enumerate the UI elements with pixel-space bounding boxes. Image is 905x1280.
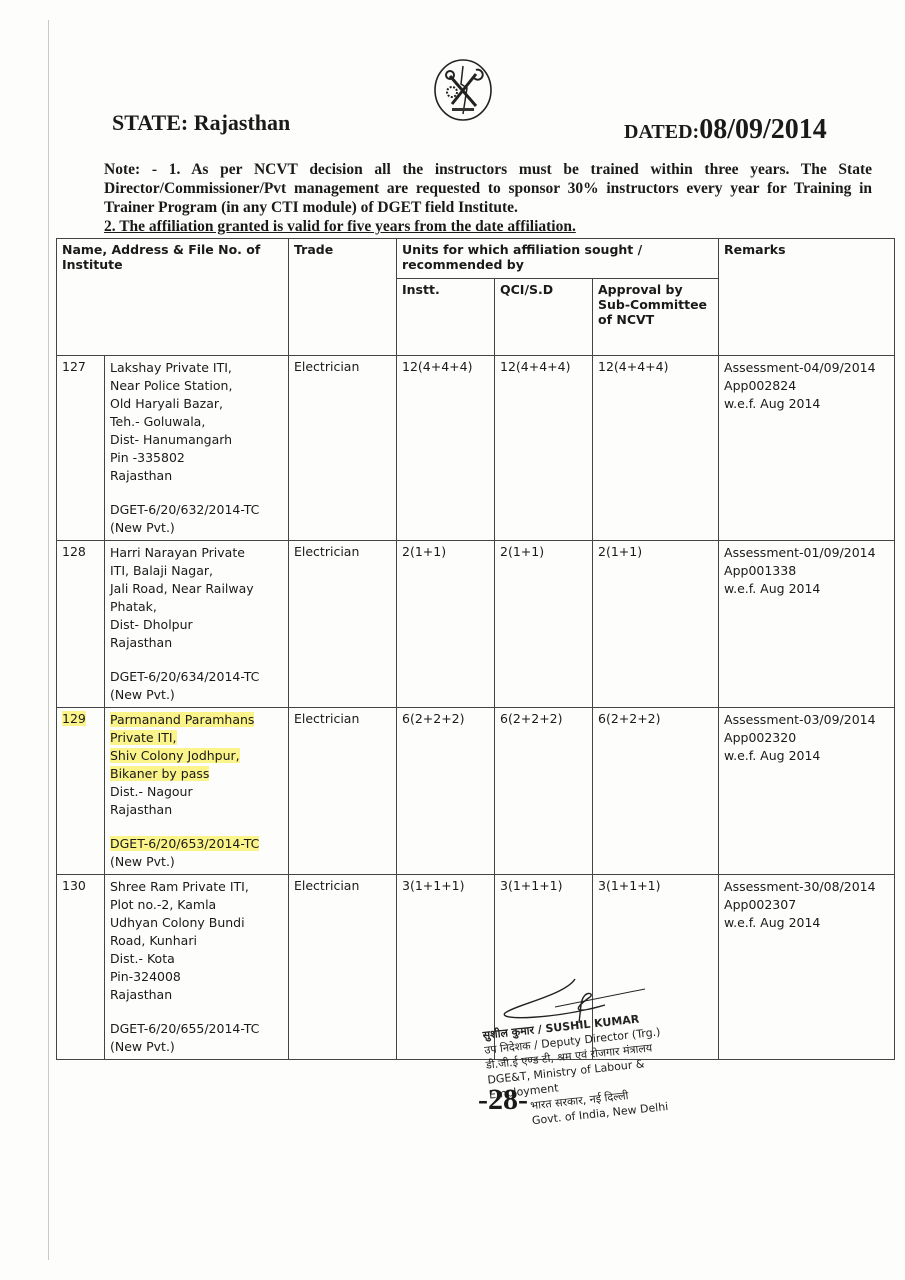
trade: Electrician <box>289 541 397 708</box>
remarks-line: w.e.f. Aug 2014 <box>724 395 889 413</box>
remarks-line: w.e.f. Aug 2014 <box>724 580 889 598</box>
spacer <box>110 1004 283 1020</box>
remarks-line: Assessment-01/09/2014 <box>724 544 889 562</box>
address-line: Old Haryali Bazar, <box>110 395 283 413</box>
institute-address: Lakshay Private ITI,Near Police Station,… <box>105 356 289 541</box>
address-line: ITI, Balaji Nagar, <box>110 562 283 580</box>
address-line: Plot no.-2, Kamla <box>110 896 283 914</box>
remarks-line: App002307 <box>724 896 889 914</box>
units-instt: 6(2+2+2) <box>397 708 495 875</box>
remarks-line: Assessment-04/09/2014 <box>724 359 889 377</box>
serial-number: 129 <box>57 708 105 875</box>
file-number: DGET-6/20/655/2014-TC <box>110 1020 283 1038</box>
address-line: Near Police Station, <box>110 377 283 395</box>
address-line: Dist- Hanumangarh <box>110 431 283 449</box>
serial-number: 130 <box>57 875 105 1060</box>
institute-type: (New Pvt.) <box>110 853 283 871</box>
address-line: Teh.- Goluwala, <box>110 413 283 431</box>
address-line: Dist.- Nagour <box>110 783 283 801</box>
address-line: Jali Road, Near Railway <box>110 580 283 598</box>
header-name-address: Name, Address & File No. of Institute <box>57 239 289 356</box>
header-instt: Instt. <box>397 279 495 356</box>
institute-address: Harri Narayan PrivateITI, Balaji Nagar,J… <box>105 541 289 708</box>
units-qci: 12(4+4+4) <box>495 356 593 541</box>
units-qci: 6(2+2+2) <box>495 708 593 875</box>
trade: Electrician <box>289 708 397 875</box>
serial-number-text: 130 <box>62 878 86 893</box>
header-qci: QCI/S.D <box>495 279 593 356</box>
units-approval: 6(2+2+2) <box>593 708 719 875</box>
units-instt: 12(4+4+4) <box>397 356 495 541</box>
highlighted-text: Shiv Colony Jodhpur, <box>110 748 240 763</box>
remarks-line: w.e.f. Aug 2014 <box>724 914 889 932</box>
units-approval: 12(4+4+4) <box>593 356 719 541</box>
address-line: Shiv Colony Jodhpur, <box>110 747 283 765</box>
remarks-line: Assessment-03/09/2014 <box>724 711 889 729</box>
dated-label: DATED: <box>624 121 699 143</box>
address-line: Rajasthan <box>110 986 283 1004</box>
table-row: 128Harri Narayan PrivateITI, Balaji Naga… <box>57 541 895 708</box>
highlighted-text: DGET-6/20/653/2014-TC <box>110 836 259 851</box>
dated-value: 08/09/2014 <box>699 114 827 145</box>
address-line: Rajasthan <box>110 467 283 485</box>
address-line: Road, Kunhari <box>110 932 283 950</box>
institute-type: (New Pvt.) <box>110 686 283 704</box>
address-line: Bikaner by pass <box>110 765 283 783</box>
address-line: Pin -335802 <box>110 449 283 467</box>
file-number: DGET-6/20/653/2014-TC <box>110 835 283 853</box>
scan-edge-line <box>48 20 49 1260</box>
address-line: Parmanand Paramhans <box>110 711 283 729</box>
header-units: Units for which affiliation sought / rec… <box>397 239 719 279</box>
address-line: Dist- Dholpur <box>110 616 283 634</box>
remarks-line: App001338 <box>724 562 889 580</box>
dated-heading: DATED:08/09/2014 <box>624 114 827 146</box>
institute-address: Shree Ram Private ITI,Plot no.-2, KamlaU… <box>105 875 289 1060</box>
spacer <box>110 819 283 835</box>
serial-number-text: 128 <box>62 544 86 559</box>
serial-number-text: 127 <box>62 359 86 374</box>
note-2: 2. The affiliation granted is valid for … <box>104 217 872 236</box>
file-number: DGET-6/20/634/2014-TC <box>110 668 283 686</box>
address-line: Private ITI, <box>110 729 283 747</box>
address-line: Harri Narayan Private <box>110 544 283 562</box>
institute-address: Parmanand ParamhansPrivate ITI,Shiv Colo… <box>105 708 289 875</box>
address-line: Udhyan Colony Bundi <box>110 914 283 932</box>
address-line: Pin-324008 <box>110 968 283 986</box>
page-number: -28- <box>478 1083 528 1117</box>
units-approval: 2(1+1) <box>593 541 719 708</box>
spacer <box>110 485 283 501</box>
units-instt: 3(1+1+1) <box>397 875 495 1060</box>
trade: Electrician <box>289 875 397 1060</box>
dget-emblem-icon <box>432 58 494 122</box>
highlighted-text: Parmanand Paramhans <box>110 712 254 727</box>
affiliation-table: Name, Address & File No. of Institute Tr… <box>56 238 895 1060</box>
serial-number: 128 <box>57 541 105 708</box>
highlighted-text: Private ITI, <box>110 730 177 745</box>
address-line: Rajasthan <box>110 801 283 819</box>
institute-type: (New Pvt.) <box>110 519 283 537</box>
header-approval: Approval by Sub-Committee of NCVT <box>593 279 719 356</box>
address-line: Phatak, <box>110 598 283 616</box>
remarks-line: w.e.f. Aug 2014 <box>724 747 889 765</box>
remarks-line: Assessment-30/08/2014 <box>724 878 889 896</box>
header-trade: Trade <box>289 239 397 356</box>
remarks-line: App002824 <box>724 377 889 395</box>
serial-number-text: 129 <box>62 711 86 726</box>
serial-number: 127 <box>57 356 105 541</box>
address-line: Rajasthan <box>110 634 283 652</box>
address-line: Shree Ram Private ITI, <box>110 878 283 896</box>
notes-section: Note: - 1. As per NCVT decision all the … <box>104 160 872 236</box>
state-heading: STATE: Rajasthan <box>112 110 290 136</box>
remarks: Assessment-04/09/2014App002824w.e.f. Aug… <box>719 356 895 541</box>
remarks: Assessment-03/09/2014App002320w.e.f. Aug… <box>719 708 895 875</box>
table-row: 127Lakshay Private ITI,Near Police Stati… <box>57 356 895 541</box>
remarks: Assessment-30/08/2014App002307w.e.f. Aug… <box>719 875 895 1060</box>
table-row: 129Parmanand ParamhansPrivate ITI,Shiv C… <box>57 708 895 875</box>
address-line: Lakshay Private ITI, <box>110 359 283 377</box>
file-number: DGET-6/20/632/2014-TC <box>110 501 283 519</box>
units-instt: 2(1+1) <box>397 541 495 708</box>
trade: Electrician <box>289 356 397 541</box>
remarks: Assessment-01/09/2014App001338w.e.f. Aug… <box>719 541 895 708</box>
note-1: Note: - 1. As per NCVT decision all the … <box>104 160 872 217</box>
table-row: 130Shree Ram Private ITI,Plot no.-2, Kam… <box>57 875 895 1060</box>
remarks-line: App002320 <box>724 729 889 747</box>
address-line: Dist.- Kota <box>110 950 283 968</box>
highlighted-text: Bikaner by pass <box>110 766 209 781</box>
header-remarks: Remarks <box>719 239 895 356</box>
table-header-row: Name, Address & File No. of Institute Tr… <box>57 239 895 279</box>
institute-type: (New Pvt.) <box>110 1038 283 1056</box>
spacer <box>110 652 283 668</box>
units-qci: 2(1+1) <box>495 541 593 708</box>
